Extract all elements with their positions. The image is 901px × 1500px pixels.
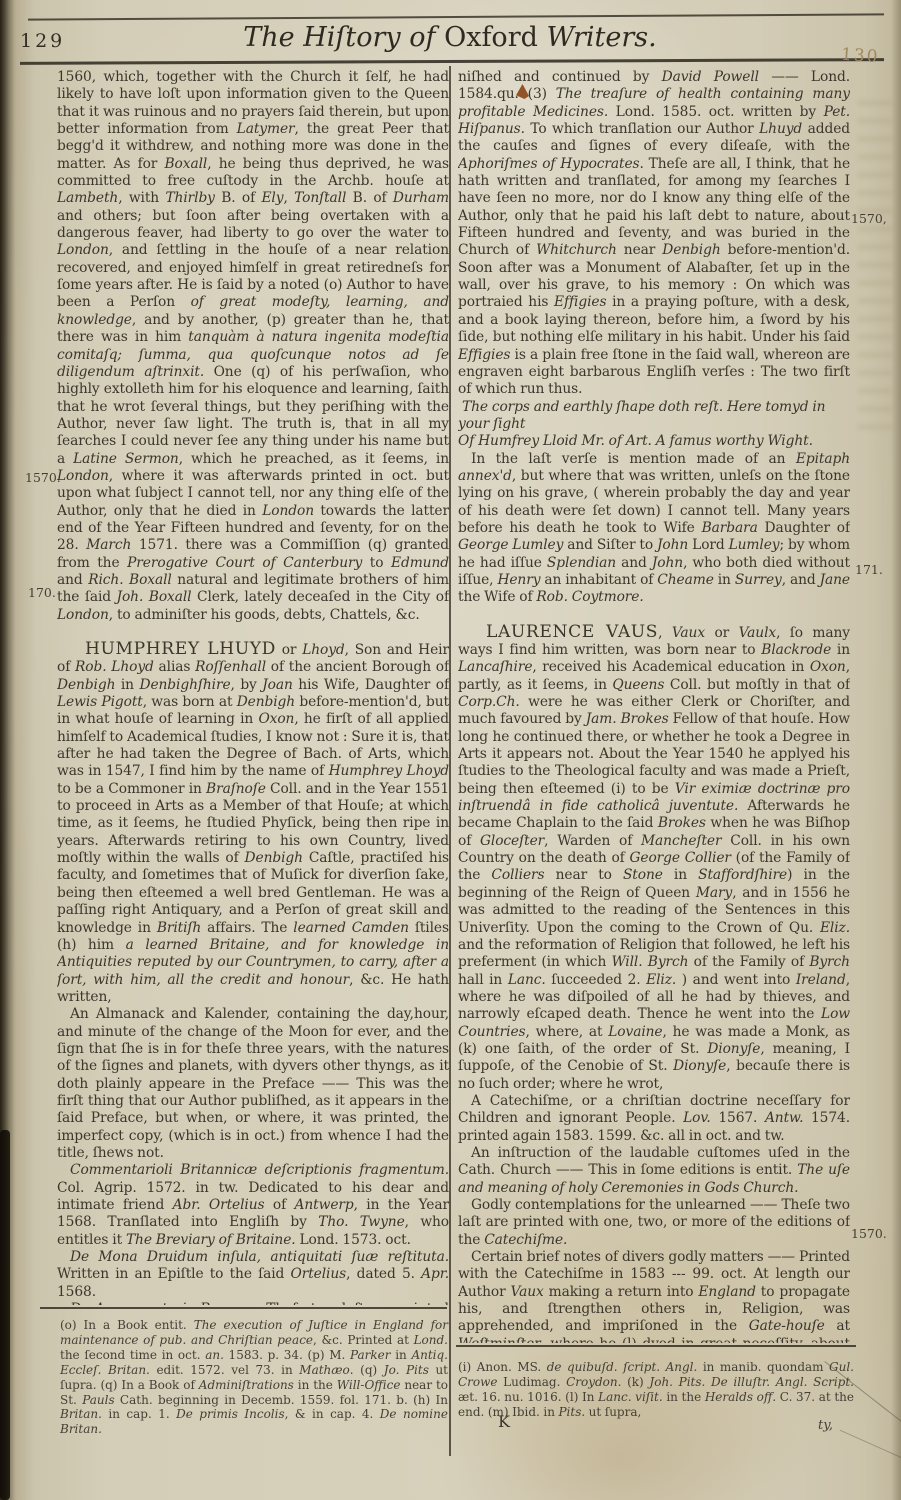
paragraph: An Almanack and Kalender, containing the… [57, 1006, 449, 1162]
margin-note-year-right-2: 1570. [851, 1226, 887, 1241]
paragraph: Certain brief notes of divers godly matt… [458, 1249, 850, 1343]
footnote-block-left: (o) In a Book entit. The execution of Ju… [60, 1318, 448, 1437]
paragraph: De Mona Druidum inſula, antiquitati ſuæ … [57, 1249, 449, 1301]
paragraph: In the laſt verſe is mention made of an … [458, 451, 850, 607]
top-border-rule [28, 13, 884, 20]
book-page-scan: 129 The Hiſtory of Oxford Writers. 130 1… [0, 0, 901, 1500]
paragraph: De Armamentario Romano. Theſe two laſt a… [57, 1301, 449, 1305]
paragraph: The corps and earthly ſhape doth reſt. H… [458, 399, 850, 451]
margin-note-entry-171: 171. [855, 562, 883, 577]
paragraph: A Catechiſme, or a chriſtian doctrine ne… [458, 1093, 850, 1145]
footnote-rule-left [40, 1307, 447, 1309]
signature-mark: K [498, 1412, 510, 1431]
paragraph: An inſtruction of the laudable cuſtomes … [458, 1145, 850, 1197]
paragraph: HUMPHREY LHUYD or Lhoyd, Son and Heir of… [57, 641, 449, 1006]
header-rule [20, 58, 884, 65]
running-title-italic-2: Writers. [538, 22, 657, 53]
running-title-italic-1: The Hiſtory of [243, 22, 444, 53]
running-title-roman: Oxford [444, 22, 538, 53]
spine-shadow [0, 1130, 10, 1500]
paragraph: LAURENCE VAUS, Vaux or Vaulx, ſo many wa… [458, 624, 850, 1093]
page-number-left: 129 [20, 30, 65, 52]
catchword: ty, [818, 1418, 833, 1433]
paragraph: niſhed and continued by David Powell —— … [458, 69, 850, 399]
margin-note-year-right-1: 1570, [851, 211, 887, 226]
margin-note-entry-170: 170. [28, 585, 56, 600]
margin-note-year-left: 1570. [25, 470, 61, 485]
footnote-rule-right [456, 1345, 856, 1347]
footnote-block-right: (i) Anon. MS. de quibuſd. ſcript. Angl. … [458, 1360, 854, 1420]
right-text-column: niſhed and continued by David Powell —— … [458, 69, 850, 1343]
right-edge-shadow [891, 0, 901, 1500]
paragraph: Commentarioli Britannicæ deſcriptionis f… [57, 1162, 449, 1249]
paragraph: Godly contemplations for the unlearned —… [458, 1197, 850, 1249]
column-divider-rule [449, 66, 451, 1456]
paragraph: 1560, which, together with the Church it… [57, 69, 449, 624]
show-through-smudge [858, 100, 892, 430]
page-number-right-handwritten: 130 [840, 45, 880, 68]
left-text-column: 1560, which, together with the Church it… [57, 69, 449, 1305]
running-title: The Hiſtory of Oxford Writers. [210, 22, 690, 53]
